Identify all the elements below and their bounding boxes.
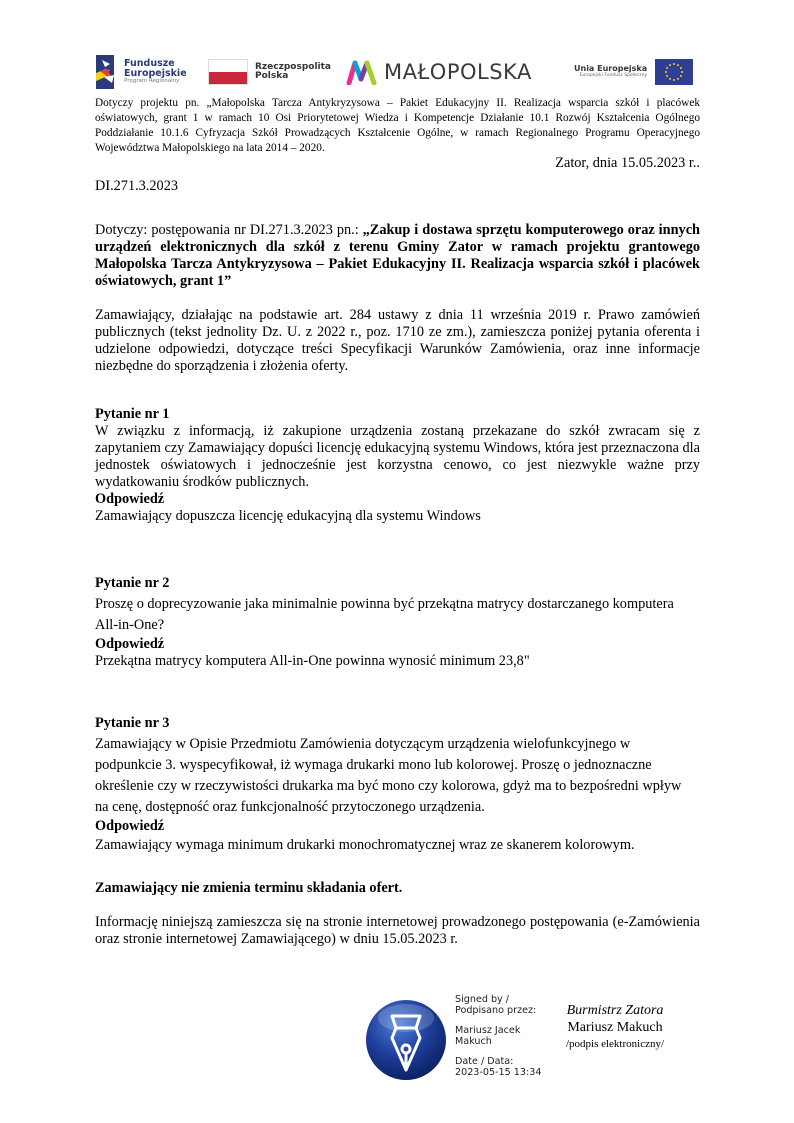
signature-info: Signed by / Podpisano przez: Mariusz Jac… xyxy=(455,994,541,1078)
pl-line2: Polska xyxy=(255,72,331,81)
subject: Dotyczy: postępowania nr DI.271.3.2023 p… xyxy=(95,222,700,290)
fe-line2: Europejskie xyxy=(124,69,187,79)
signed-by-label: Signed by / xyxy=(455,994,541,1005)
eu-flag-icon xyxy=(655,59,693,85)
date-value: 2023-05-15 13:34 xyxy=(455,1067,541,1078)
reference-number: DI.271.3.2023 xyxy=(95,178,700,195)
question-text-line: podpunkcie 3. wyspecyfikował, iż wymaga … xyxy=(95,755,700,776)
question-text-line: określenie czy w rzeczywistości drukarka… xyxy=(95,776,700,797)
fe-line3: Program Regionalny xyxy=(124,79,187,85)
question-text: W związku z informacją, iż zakupione urz… xyxy=(95,423,700,491)
place-and-date: Zator, dnia 15.05.2023 r.. xyxy=(555,155,700,172)
signatory-title: Burmistrz Zatora xyxy=(555,1003,675,1019)
signed-by-label-2: Podpisano przez: xyxy=(455,1005,541,1016)
answer-label: Odpowiedź xyxy=(95,491,700,508)
question-text-line: na cenę, dostępność oraz funkcjonalność … xyxy=(95,797,700,818)
answer-text: Zamawiający wymaga minimum drukarki mono… xyxy=(95,835,700,855)
malopolska-text: MAŁOPOLSKA xyxy=(384,60,532,84)
signatory-note: /podpis elektroniczny/ xyxy=(555,1038,675,1050)
answer-text: Przekątna matrycy komputera All-in-One p… xyxy=(95,653,700,670)
intro-paragraph: Zamawiający, działając na podstawie art.… xyxy=(95,307,700,375)
logo-rzeczpospolita-polska: Rzeczpospolita Polska xyxy=(208,52,331,92)
logo-bar: Fundusze Europejskie Program Regionalny … xyxy=(96,52,696,92)
closing-statement: Zamawiający nie zmienia terminu składani… xyxy=(95,880,700,897)
answer-text: Zamawiający dopuszcza licencję edukacyjn… xyxy=(95,508,700,525)
question-2: Pytanie nr 2 Proszę o doprecyzowanie jak… xyxy=(95,575,700,670)
logo-unia-europejska: Unia Europejska Europejski Fundusz Społe… xyxy=(574,52,693,92)
question-text-line: Proszę o doprecyzowanie jaka minimalnie … xyxy=(95,594,700,615)
answer-label: Odpowiedź xyxy=(95,818,700,835)
signer-name: Mariusz Jacek xyxy=(455,1025,541,1036)
question-label: Pytanie nr 2 xyxy=(95,575,700,592)
info-paragraph: Informację niniejszą zamieszcza się na s… xyxy=(95,914,700,948)
logo-malopolska: MAŁOPOLSKA xyxy=(346,52,532,92)
question-label: Pytanie nr 3 xyxy=(95,715,700,732)
malopolska-m-icon xyxy=(346,59,378,85)
question-label: Pytanie nr 1 xyxy=(95,406,700,423)
signatory-name: Mariusz Makuch xyxy=(555,1020,675,1036)
signatory-block: Burmistrz Zatora Mariusz Makuch /podpis … xyxy=(555,1003,675,1050)
question-text-line: All-in-One? xyxy=(95,615,700,636)
question-text-line: Zamawiający w Opisie Przedmiotu Zamówien… xyxy=(95,734,700,755)
ue-line2: Europejski Fundusz Społeczny xyxy=(574,74,647,79)
polish-flag-icon xyxy=(208,59,248,85)
signer-name-2: Makuch xyxy=(455,1036,541,1047)
date-label: Date / Data: xyxy=(455,1056,541,1067)
question-1: Pytanie nr 1 W związku z informacją, iż … xyxy=(95,406,700,525)
answer-label: Odpowiedź xyxy=(95,636,700,653)
fountain-pen-seal-icon xyxy=(362,994,450,1082)
project-note: Dotyczy projektu pn. „Małopolska Tarcza … xyxy=(95,96,700,156)
subject-prefix: Dotyczy: postępowania nr DI.271.3.2023 p… xyxy=(95,222,363,238)
fundusze-europejskie-icon xyxy=(96,55,118,89)
logo-fundusze-europejskie: Fundusze Europejskie Program Regionalny xyxy=(96,52,187,92)
question-3: Pytanie nr 3 Zamawiający w Opisie Przedm… xyxy=(95,715,700,855)
